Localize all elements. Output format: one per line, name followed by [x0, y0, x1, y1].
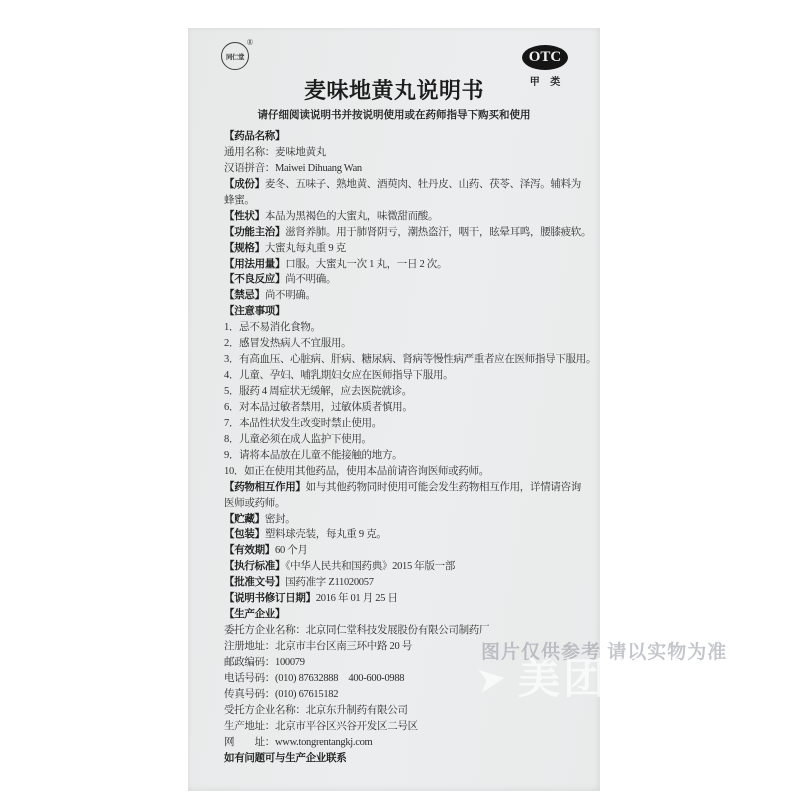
leaflet-line: 4．儿童、孕妇、哺乳期妇女应在医师指导下服用。	[224, 368, 588, 384]
leaflet-line: 【生产企业】	[224, 607, 588, 623]
leaflet-line: 【贮藏】密封。	[224, 512, 588, 528]
leaflet-line: 蜂蜜。	[224, 193, 588, 209]
leaflet-line: 【规格】大蜜丸每丸重 9 克	[224, 241, 588, 257]
leaflet-line: 【不良反应】尚不明确。	[224, 272, 588, 288]
brand-seal-icon: 同仁堂	[221, 42, 249, 70]
leaflet-line: 【禁忌】尚不明确。	[224, 288, 588, 304]
leaflet-line: 网 址：www.tongrentangkj.com	[224, 735, 588, 751]
leaflet-line: 受托方企业名称：北京东升制药有限公司	[224, 703, 588, 719]
leaflet-line: 【说明书修订日期】2016 年 01 月 25 日	[224, 591, 588, 607]
leaflet-line: 2．感冒发热病人不宜服用。	[224, 336, 588, 352]
leaflet-line: 【药物相互作用】如与其他药物同时使用可能会发生药物相互作用，详情请咨询	[224, 480, 588, 496]
leaflet-line: 6．对本品过敏者禁用，过敏体质者慎用。	[224, 400, 588, 416]
tongrentang-logo-icon: 同仁堂 ®	[221, 42, 255, 74]
leaflet-line: 【功能主治】滋肾养肺。用于肺肾阴亏，潮热盗汗，咽干，眩晕耳鸣，腰膝疲软。	[224, 225, 588, 241]
leaflet-line: 【批准文号】国药准字 Z11020057	[224, 575, 588, 591]
leaflet-line: 5．服药 4 周症状无缓解，应去医院就诊。	[224, 384, 588, 400]
leaflet-line: 8．儿童必须在成人监护下使用。	[224, 432, 588, 448]
meituan-arrow-icon: ➤	[474, 659, 509, 699]
page-title: 麦味地黄丸说明书	[188, 74, 600, 105]
leaflet-line: 汉语拼音：Maiwei Dihuang Wan	[224, 161, 588, 177]
meituan-watermark: ➤ 美团外卖	[476, 658, 698, 700]
leaflet-line: 7．本品性状发生改变时禁止使用。	[224, 416, 588, 432]
leaflet-line: 生产地址：北京市平谷区兴谷开发区二号区	[224, 719, 588, 735]
otc-icon: OTC	[522, 45, 568, 70]
leaflet-line: 【执行标准】《中华人民共和国药典》2015 年版一部	[224, 559, 588, 575]
leaflet-line: 【药品名称】	[224, 129, 588, 145]
leaflet-line: 【用法用量】口服。大蜜丸一次 1 丸，一日 2 次。	[224, 257, 588, 273]
leaflet-line: 【注意事项】	[224, 304, 588, 320]
leaflet-line: 9．请将本品放在儿童不能接触的地方。	[224, 448, 588, 464]
footer-note: 如有问题可与生产企业联系	[224, 751, 588, 767]
leaflet-line: 1．忌不易消化食物。	[224, 320, 588, 336]
leaflet-line: 医师或药师。	[224, 496, 588, 512]
leaflet-line: 【包装】塑料球壳装，每丸重 9 克。	[224, 527, 588, 543]
registered-trademark-icon: ®	[247, 38, 253, 47]
leaflet-line: 10．如正在使用其他药品，使用本品前请咨询医师或药师。	[224, 464, 588, 480]
leaflet-line: 【有效期】60 个月	[224, 543, 588, 559]
leaflet-line: 通用名称：麦味地黄丸	[224, 145, 588, 161]
meituan-watermark-text: 美团外卖	[518, 658, 698, 700]
brand-seal-text: 同仁堂	[226, 52, 244, 61]
leaflet-line: 【性状】本品为黑褐色的大蜜丸，味微甜而酸。	[224, 209, 588, 225]
leaflet-subtitle: 请仔细阅读说明书并按说明使用或在药师指导下购买和使用	[188, 107, 600, 122]
leaflet-line: 【成份】麦冬、五味子、熟地黄、酒萸肉、牡丹皮、山药、茯苓、泽泻。辅料为	[224, 177, 588, 193]
leaflet-line: 3．有高血压、心脏病、肝病、糖尿病、肾病等慢性病严重者应在医师指导下服用。	[224, 352, 588, 368]
